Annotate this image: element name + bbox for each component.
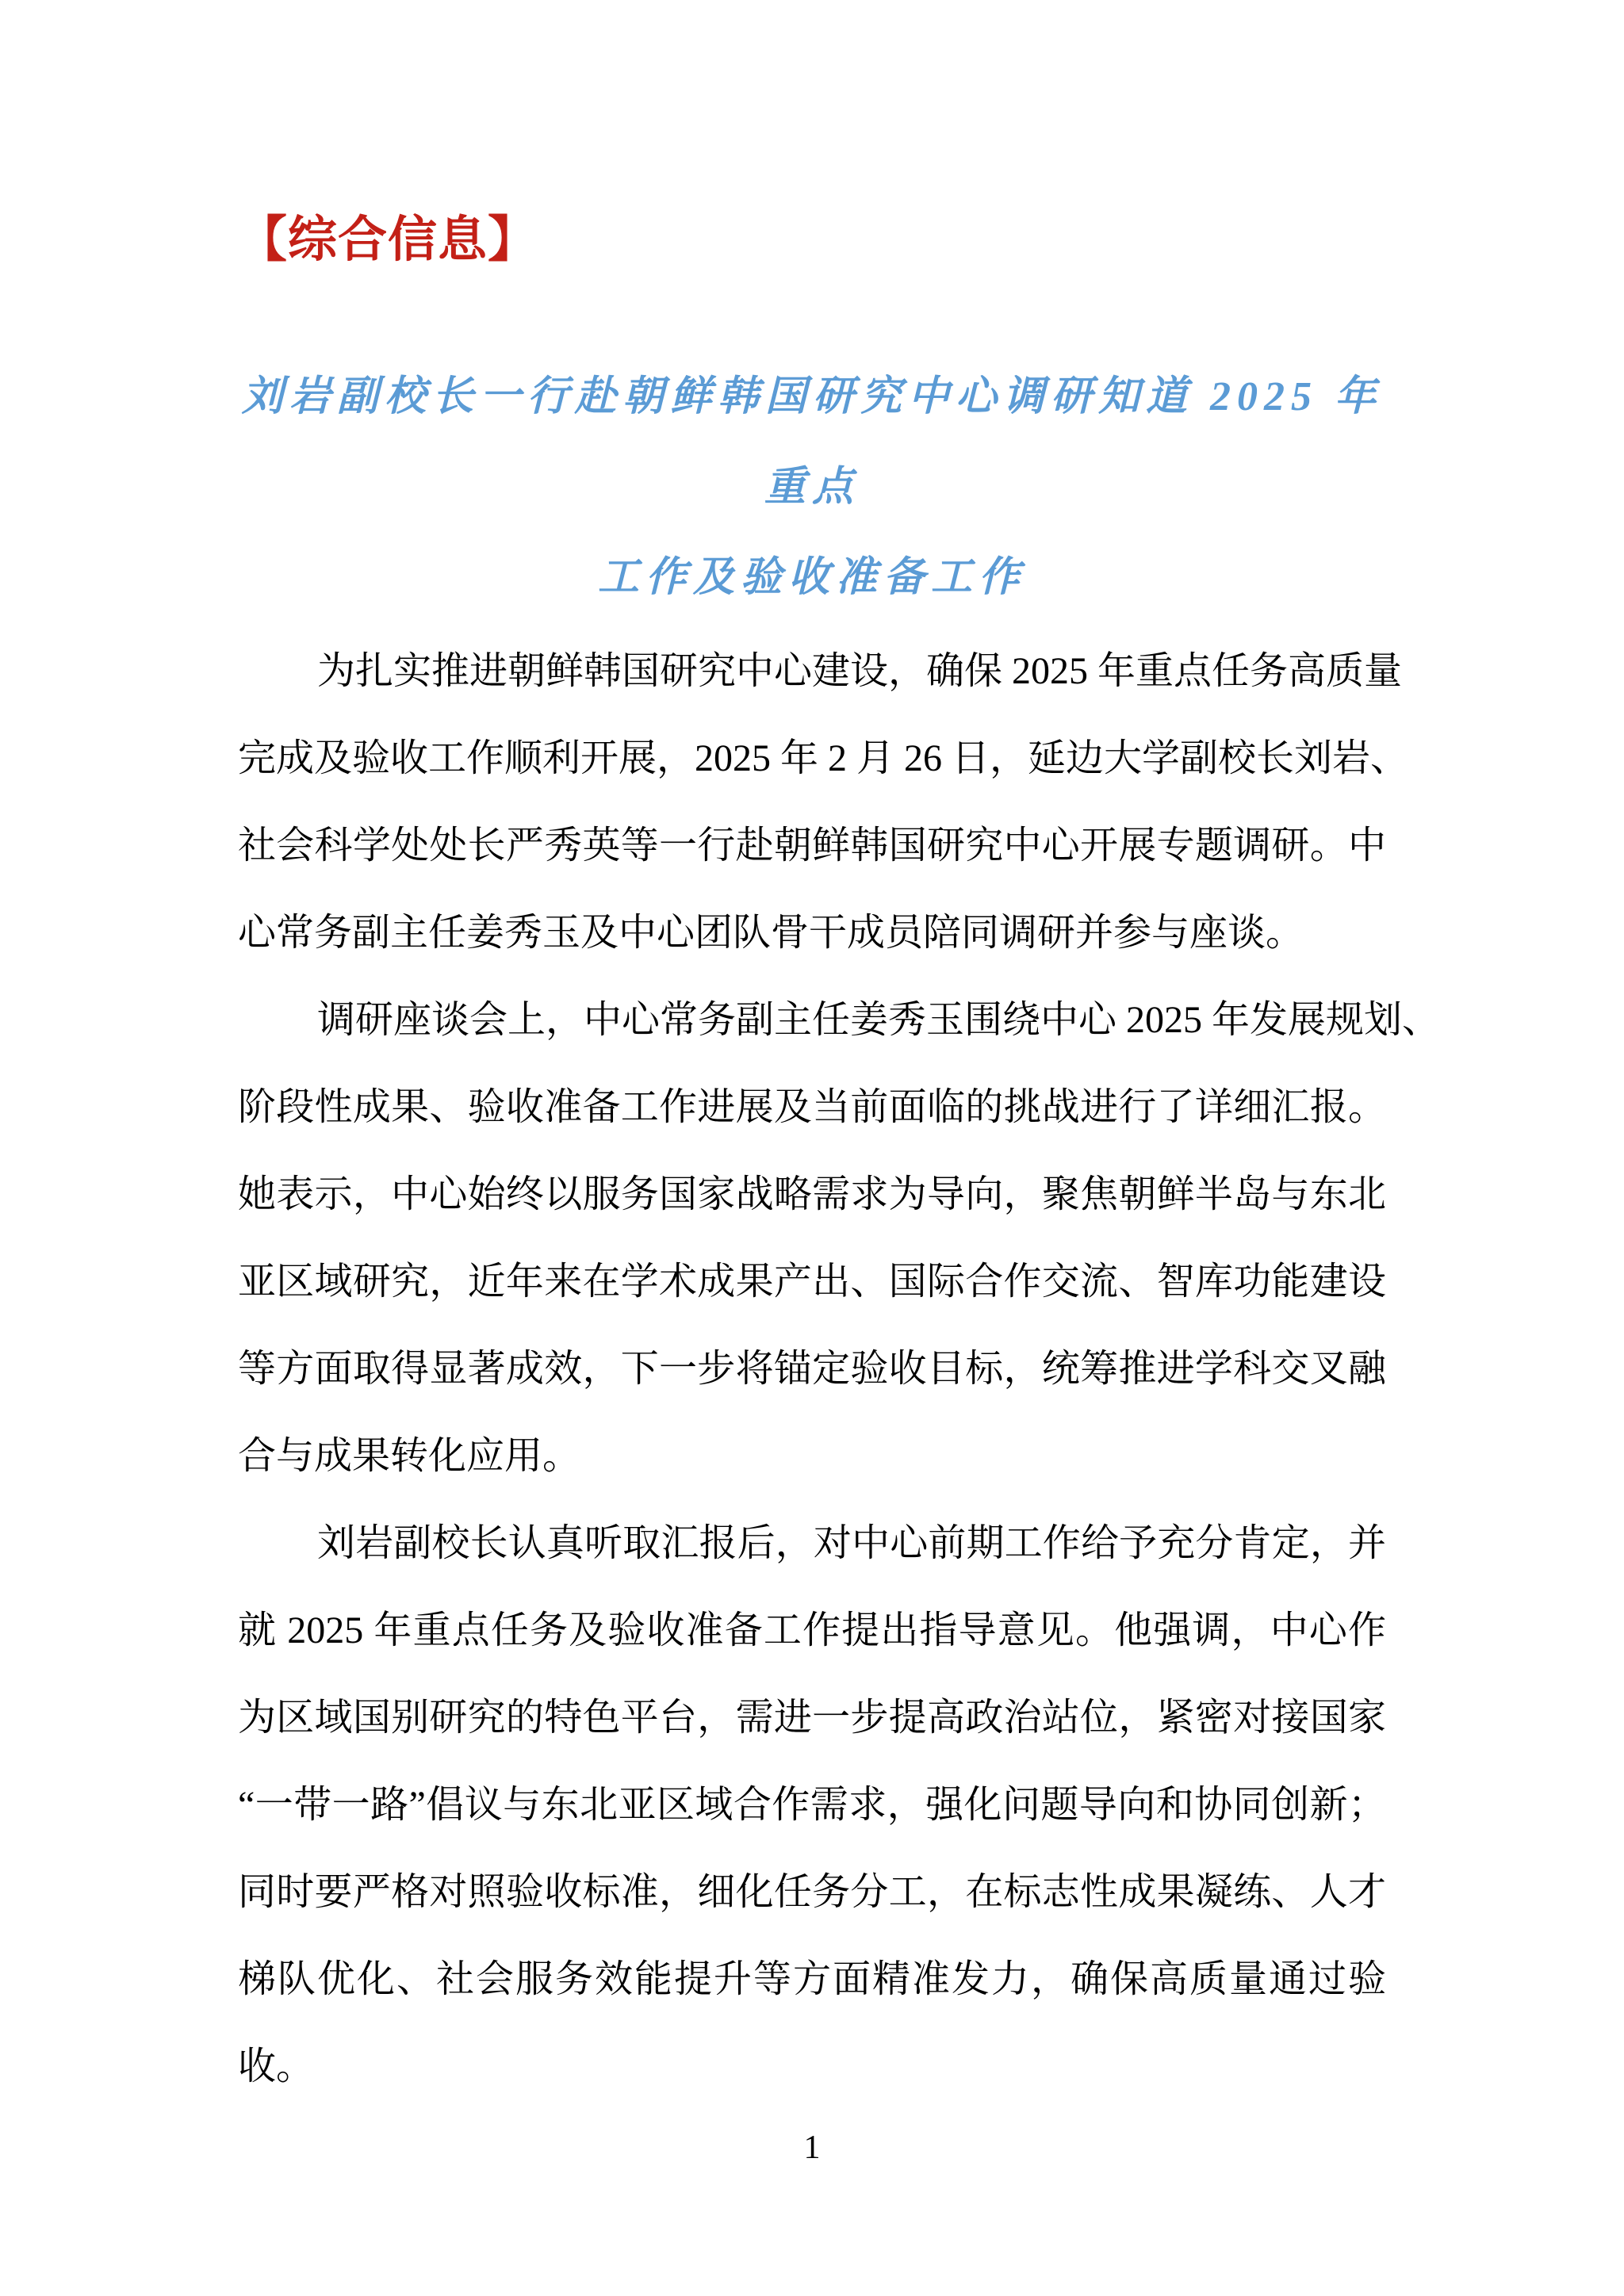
body-line-8: 亚区域研究，近年来在学术成果产出、国际合作交流、智库功能建设 [238,1238,1386,1326]
body-line-12: 就 2025 年重点任务及验收准备工作提出指导意见。他强调，中心作 [238,1587,1386,1674]
section-header: 【综合信息】 [238,0,1386,265]
body-line-9: 等方面取得显著成效，下一步将锚定验收目标，统筹推进学科交叉融 [238,1326,1386,1413]
article-title-line-2: 工作及验收准备工作 [238,533,1386,623]
document-page: 【综合信息】 刘岩副校长一行赴朝鲜韩国研究中心调研知道 2025 年重点 工作及… [0,0,1624,2296]
body-line-2: 完成及验收工作顺利开展，2025 年 2 月 26 日，延边大学副校长刘岩、 [238,715,1386,802]
body-line-14: “一带一路”倡议与东北亚区域合作需求，强化问题导向和协同创新； [238,1762,1386,1849]
body-line-3: 社会科学处处长严秀英等一行赴朝鲜韩国研究中心开展专题调研。中 [238,802,1386,890]
body-line-6: 阶段性成果、验收准备工作进展及当前面临的挑战进行了详细汇报。 [238,1064,1386,1151]
body-line-13: 为区域国别研究的特色平台，需进一步提高政治站位，紧密对接国家 [238,1674,1386,1762]
page-content: 【综合信息】 刘岩副校长一行赴朝鲜韩国研究中心调研知道 2025 年重点 工作及… [238,0,1386,2110]
body-line-1: 为扎实推进朝鲜韩国研究中心建设，确保 2025 年重点任务高质量 [238,628,1386,715]
body-line-4: 心常务副主任姜秀玉及中心团队骨干成员陪同调研并参与座谈。 [238,890,1386,977]
body-line-16: 梯队优化、社会服务效能提升等方面精准发力，确保高质量通过验 [238,1936,1386,2023]
article-title: 刘岩副校长一行赴朝鲜韩国研究中心调研知道 2025 年重点 工作及验收准备工作 [238,352,1386,623]
article-body: 为扎实推进朝鲜韩国研究中心建设，确保 2025 年重点任务高质量 完成及验收工作… [238,628,1386,2110]
body-line-5: 调研座谈会上，中心常务副主任姜秀玉围绕中心 2025 年发展规划、 [238,977,1386,1064]
page-number: 1 [0,2131,1624,2164]
body-line-11: 刘岩副校长认真听取汇报后，对中心前期工作给予充分肯定，并 [238,1500,1386,1587]
body-line-7: 她表示，中心始终以服务国家战略需求为导向，聚焦朝鲜半岛与东北 [238,1151,1386,1238]
body-line-15: 同时要严格对照验收标准，细化任务分工，在标志性成果凝练、人才 [238,1849,1386,1936]
body-line-17: 收。 [238,2023,1386,2110]
body-line-10: 合与成果转化应用。 [238,1413,1386,1500]
article-title-line-1: 刘岩副校长一行赴朝鲜韩国研究中心调研知道 2025 年重点 [238,352,1386,533]
